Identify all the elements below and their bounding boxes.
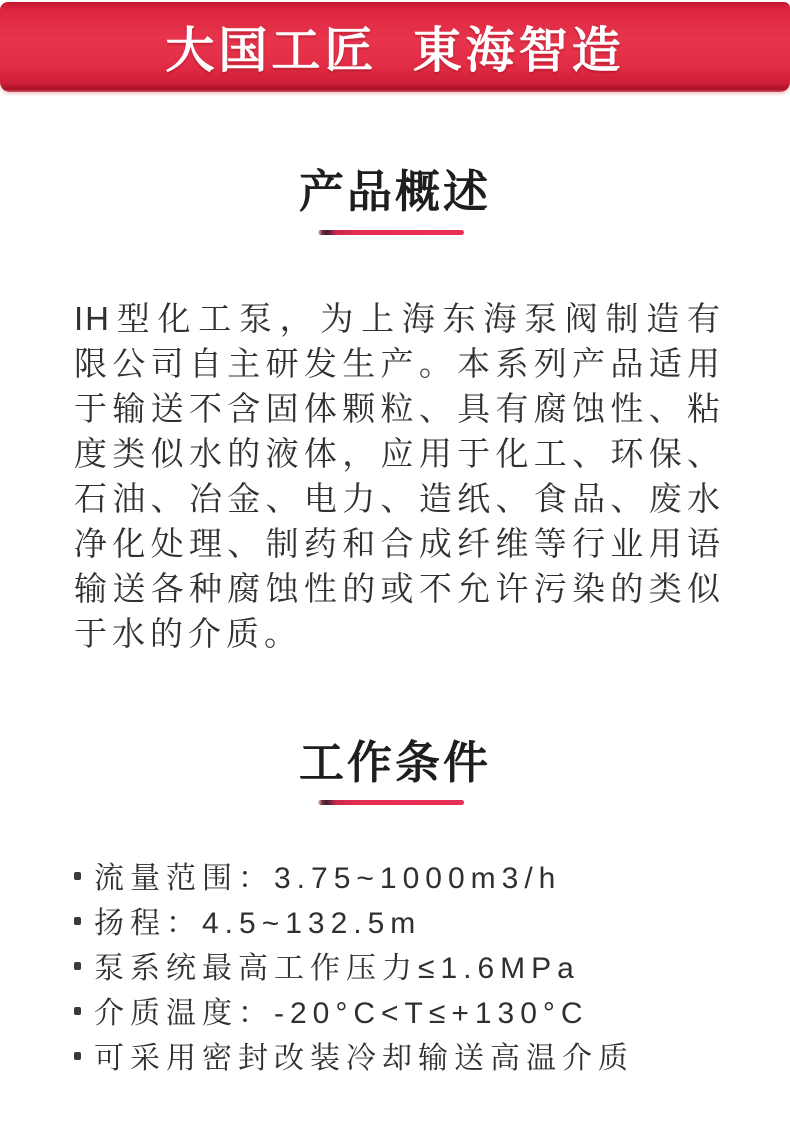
bullet-icon bbox=[74, 1052, 81, 1060]
section-heading-product-overview: 产品概述 bbox=[0, 167, 790, 217]
section-heading-working-conditions: 工作条件 bbox=[0, 738, 790, 788]
paragraph-line: IH型化工泵，为上海东海泵阀制造有 bbox=[74, 296, 722, 341]
paragraph-line: 于输送不含固体颗粒、具有腐蚀性、粘 bbox=[74, 386, 722, 431]
heading-underline bbox=[318, 230, 464, 235]
list-item: 泵系统最高工作压力≤1.6MPa bbox=[74, 942, 734, 987]
bullet-icon bbox=[74, 872, 81, 880]
list-item: 介质温度：-20°C<T≤+130°C bbox=[74, 987, 734, 1032]
list-item-text: 扬程：4.5~132.5m bbox=[94, 898, 421, 942]
list-item: 流量范围：3.75~1000m3/h bbox=[74, 852, 734, 897]
list-item-text: 可采用密封改装冷却输送高温介质 bbox=[94, 1033, 634, 1077]
paragraph-line: 净化处理、制药和合成纤维等行业用语 bbox=[74, 521, 722, 566]
list-item-text: 泵系统最高工作压力≤1.6MPa bbox=[94, 943, 580, 987]
list-item: 扬程：4.5~132.5m bbox=[74, 897, 734, 942]
paragraph-line: 输送各种腐蚀性的或不允许污染的类似 bbox=[74, 566, 722, 611]
bullet-icon bbox=[74, 1007, 81, 1015]
paragraph-line: 于水的介质。 bbox=[74, 611, 722, 656]
product-overview-paragraph: IH型化工泵，为上海东海泵阀制造有 限公司自主研发生产。本系列产品适用 于输送不… bbox=[74, 296, 722, 656]
paragraph-line: 石油、冶金、电力、造纸、食品、废水 bbox=[74, 476, 722, 521]
paragraph-line: 限公司自主研发生产。本系列产品适用 bbox=[74, 341, 722, 386]
bullet-icon bbox=[74, 962, 81, 970]
product-description-page: 大国工匠 東海智造 产品概述 IH型化工泵，为上海东海泵阀制造有 限公司自主研发… bbox=[0, 0, 790, 1127]
working-conditions-list: 流量范围：3.75~1000m3/h 扬程：4.5~132.5m 泵系统最高工作… bbox=[74, 852, 734, 1077]
paragraph-line: 度类似水的液体，应用于化工、环保、 bbox=[74, 431, 722, 476]
list-item-text: 流量范围：3.75~1000m3/h bbox=[94, 853, 561, 897]
brand-banner-title: 大国工匠 東海智造 bbox=[165, 12, 624, 82]
bullet-icon bbox=[74, 917, 81, 925]
heading-underline bbox=[318, 800, 464, 805]
list-item: 可采用密封改装冷却输送高温介质 bbox=[74, 1032, 734, 1077]
brand-banner: 大国工匠 東海智造 bbox=[0, 2, 790, 92]
list-item-text: 介质温度：-20°C<T≤+130°C bbox=[94, 988, 589, 1032]
